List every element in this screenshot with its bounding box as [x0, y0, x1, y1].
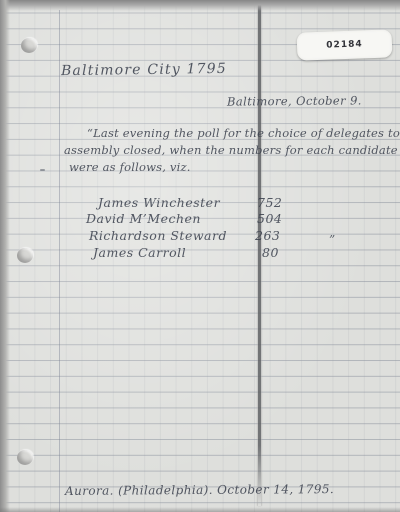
vote-count: 504 — [257, 211, 282, 226]
hole-punch-bottom — [17, 450, 33, 465]
result-row: Richardson Steward 263 — [89, 228, 227, 243]
catalog-number-sticker: 02184 — [297, 29, 393, 60]
result-row: James Winchester 752 — [98, 195, 220, 210]
candidate-name: James Winchester — [98, 195, 220, 210]
vote-count: 263 — [255, 228, 280, 243]
body-line-2: assembly closed, when the numbers for ea… — [64, 143, 398, 157]
pencil-speck — [40, 169, 45, 171]
margin-rule-line — [59, 10, 60, 512]
page-fold-line — [258, 0, 261, 506]
candidate-name: Richardson Steward — [89, 228, 227, 243]
source-citation: Aurora. (Philadelphia). October 14, 1795… — [65, 482, 334, 498]
candidate-name: James Carroll — [93, 245, 186, 260]
page-title: Baltimore City 1795 — [61, 61, 227, 79]
closing-quote-mark: ” — [329, 233, 335, 247]
vote-count: 752 — [257, 195, 282, 210]
result-row: David M’Mechen 504 — [86, 211, 201, 226]
body-line-3: were as follows, viz. — [69, 160, 191, 174]
dateline: Baltimore, October 9. — [227, 93, 362, 108]
scanned-document: 02184 Baltimore City 1795 Baltimore, Oct… — [0, 0, 400, 512]
hole-punch-top — [21, 38, 37, 53]
catalog-number-label: 02184 — [326, 39, 363, 50]
result-row: James Carroll 80 — [93, 245, 186, 260]
vote-count: 80 — [262, 245, 279, 260]
scan-edge-top — [0, 0, 400, 11]
body-line-1: “Last evening the poll for the choice of… — [87, 126, 400, 140]
scan-edge-left — [0, 0, 10, 512]
hole-punch-middle — [17, 248, 33, 263]
candidate-name: David M’Mechen — [86, 211, 201, 226]
scan-edge-bottom — [0, 507, 400, 512]
